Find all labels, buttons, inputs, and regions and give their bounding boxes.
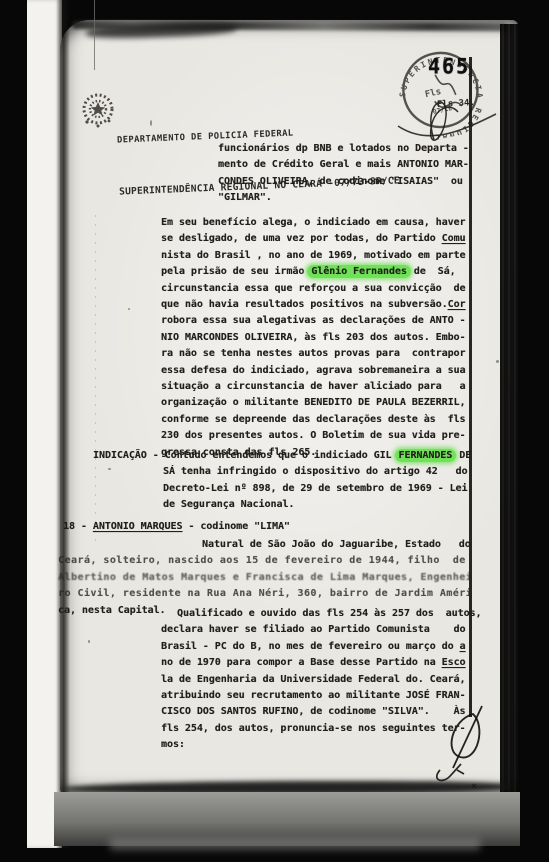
- text-segment: 230 dos presentes autos. O Boletim de su…: [161, 430, 466, 441]
- text-line: Decreto-Lei nº 898, de 29 de setembro de…: [163, 481, 471, 497]
- text-segment: no de 1970 para compor a Base desse Part…: [161, 657, 442, 668]
- text-line: funcionários dp BNB e lotados no Departa…: [218, 141, 469, 157]
- text-segment: pela prisão de seu irmão: [161, 266, 310, 277]
- text-line: Natural de São João do Jaguaribe, Estado…: [202, 537, 472, 553]
- page-number-stamp: 465: [428, 53, 470, 79]
- text-line: circunstancia essa que reforçou a sua co…: [161, 281, 466, 297]
- paragraph-depoimento: Qualificado e ouvido das fls 254 às 257 …: [161, 606, 482, 754]
- text-line: nista do Brasil , no ano de 1969, motiva…: [161, 248, 466, 264]
- item-heading-antonio-marques: 18 - ANTONIO MARQUES - codinome "LIMA": [63, 519, 290, 535]
- text-segment: Natural de São João do Jaguaribe, Estado…: [202, 539, 471, 550]
- text-segment: Qualificado e ouvido das fls 254 às 257 …: [177, 608, 482, 619]
- text-line: la de Engenharia da Universidade Federal…: [161, 672, 482, 688]
- paragraph-bnb-continuation: funcionários dp BNB e lotados no Departa…: [218, 141, 469, 207]
- text-line: NIO MARCONDES OLIVEIRA, às fls 203 dos a…: [161, 330, 466, 346]
- text-line: pela prisão de seu irmão Glênio Fernande…: [161, 264, 466, 280]
- text-segment: Em seu benefício alega, o indiciado em c…: [161, 217, 466, 228]
- text-line: atribuindo seu recrutamento ao militante…: [161, 688, 482, 704]
- text-line: INDICAÇÃO - Contudo entendemos que o ind…: [93, 448, 471, 464]
- text-segment: de Sá,: [408, 266, 456, 277]
- text-segment: funcionários dp BNB e lotados no Departa…: [218, 143, 469, 154]
- text-line: robora essa sua alegativas as declaraçõe…: [161, 313, 466, 329]
- text-line: fls 254, dos autos, pronuncia-se nos seg…: [161, 721, 482, 737]
- text-segment: ra não se tenha nestes autos provas para…: [161, 348, 466, 359]
- text-segment: declara haver se filiado ao Partido Comu…: [161, 624, 466, 635]
- spine-edge-line: [94, 0, 95, 70]
- text-segment: DE: [453, 450, 471, 461]
- text-segment: ANTONIO MARQUES: [93, 521, 183, 532]
- text-line: Brasil - PC do B, no mes de fevereiro ou…: [161, 639, 482, 655]
- text-segment: "GILMAR".: [218, 192, 272, 203]
- scan-speck: [150, 120, 152, 126]
- text-segment: SÁ tenha infringido o dispositivo do art…: [163, 466, 468, 477]
- text-segment: Albertino de Matos Marques e Francisca d…: [58, 572, 472, 583]
- text-line: CISCO DOS SANTOS RUFINO, de codinome "SI…: [161, 704, 482, 720]
- text-segment: situação a circunstancia de haver alicia…: [161, 381, 466, 392]
- text-line: conforme se depreende das declarações de…: [161, 412, 466, 428]
- text-segment: conforme se depreende das declarações de…: [161, 414, 466, 425]
- text-line: 18 - ANTONIO MARQUES - codinome "LIMA": [63, 519, 290, 535]
- text-segment: que não havia resultados positivos na su…: [161, 299, 448, 310]
- scanner-shadow-smear: [110, 838, 480, 850]
- text-segment: circunstancia essa que reforçou a sua co…: [161, 283, 466, 294]
- paragraph-defense-allegation: Em seu benefício alega, o indiciado em c…: [161, 215, 466, 461]
- text-line: Em seu benefício alega, o indiciado em c…: [161, 215, 466, 231]
- federal-police-emblem-icon: [78, 88, 118, 132]
- text-line: mos:: [161, 737, 482, 753]
- page-right-edge: [500, 24, 518, 802]
- scan-speck: [108, 468, 111, 470]
- text-line: de Segurança Nacional.: [163, 497, 471, 513]
- text-line: situação a circunstancia de haver alicia…: [161, 379, 466, 395]
- text-segment: se desligado, de uma vez por todas, do P…: [161, 233, 442, 244]
- text-line: Qualificado e ouvido das fls 254 às 257 …: [177, 606, 482, 622]
- text-segment: a: [460, 641, 466, 652]
- text-line: ra não se tenha nestes autos provas para…: [161, 346, 466, 362]
- text-segment: Decreto-Lei nº 898, de 29 de setembro de…: [163, 483, 468, 494]
- text-segment: Cor: [448, 299, 466, 310]
- text-segment: de Segurança Nacional.: [163, 499, 294, 510]
- text-line: "GILMAR".: [218, 190, 469, 206]
- text-segment: robora essa sua alegativas as declaraçõe…: [161, 315, 466, 326]
- text-segment: Esco: [442, 657, 466, 668]
- text-line: mento de Crédito Geral e mais ANTONIO MA…: [218, 157, 469, 173]
- text-segment: CONDES OLIVEIRA, de codinome "ISAIAS" ou: [218, 176, 463, 187]
- text-segment: essa defesa do indiciado, agrava sobrema…: [161, 365, 466, 376]
- text-line: SÁ tenha infringido o dispositivo do art…: [163, 464, 471, 480]
- text-line: 230 dos presentes autos. O Boletim de su…: [161, 428, 466, 444]
- text-segment: organização o militante BENEDITO DE PAUL…: [161, 397, 466, 408]
- text-segment: Comu: [442, 233, 466, 244]
- text-line: Ceará, solteiro, nascido aos 15 de fever…: [58, 553, 472, 569]
- text-line: no de 1970 para compor a Base desse Part…: [161, 655, 482, 671]
- text-segment: mos:: [161, 739, 185, 750]
- scan-speck: [88, 640, 90, 643]
- text-segment: ca, nesta Capital.: [58, 605, 165, 616]
- text-line: organização o militante BENEDITO DE PAUL…: [161, 395, 466, 411]
- text-line: Albertino de Matos Marques e Francisca d…: [58, 570, 472, 586]
- green-highlight-marker: FERNANDES: [395, 449, 457, 462]
- text-line: que não havia resultados positivos na su…: [161, 297, 466, 313]
- text-segment: Ceará, solteiro, nascido aos 15 de fever…: [58, 555, 466, 566]
- paragraph-indicacao: INDICAÇÃO - Contudo entendemos que o ind…: [93, 448, 471, 514]
- text-segment: mento de Crédito Geral e mais ANTONIO MA…: [218, 159, 469, 170]
- text-segment: - codinome "LIMA": [182, 521, 289, 532]
- text-line: declara haver se filiado ao Partido Comu…: [161, 622, 482, 638]
- scan-speck: [496, 360, 499, 363]
- text-segment: 18 -: [63, 521, 93, 532]
- text-segment: Brasil - PC do B, no mes de fevereiro ou…: [161, 641, 460, 652]
- text-segment: la de Engenharia da Universidade Federal…: [161, 674, 466, 685]
- scan-speck: [128, 308, 130, 310]
- text-segment: ro Civil, residente na Rua Ana Néri, 360…: [58, 588, 472, 599]
- text-segment: INDICAÇÃO - Contudo entendemos que o ind…: [93, 450, 398, 461]
- text-segment: nista do Brasil , no ano de 1969, motiva…: [161, 250, 466, 261]
- scanned-document-background: DEPARTAMENTO DE POLICIA FEDERAL SUPERINT…: [0, 0, 549, 862]
- text-segment: NIO MARCONDES OLIVEIRA, às fls 203 dos a…: [161, 332, 466, 343]
- text-line: essa defesa do indiciado, agrava sobrema…: [161, 363, 466, 379]
- text-segment: CISCO DOS SANTOS RUFINO, de codinome "SI…: [161, 706, 466, 717]
- text-segment: fls 254, dos autos, pronuncia-se nos seg…: [161, 723, 466, 734]
- green-highlight-marker: Glênio Fernandes: [307, 265, 411, 278]
- text-line: CONDES OLIVEIRA, de codinome "ISAIAS" ou: [218, 174, 469, 190]
- text-line: ro Civil, residente na Rua Ana Néri, 360…: [58, 586, 472, 602]
- binding-crease: [56, 0, 70, 848]
- text-line: se desligado, de uma vez por todas, do P…: [161, 231, 466, 247]
- text-segment: atribuindo seu recrutamento ao militante…: [161, 690, 466, 701]
